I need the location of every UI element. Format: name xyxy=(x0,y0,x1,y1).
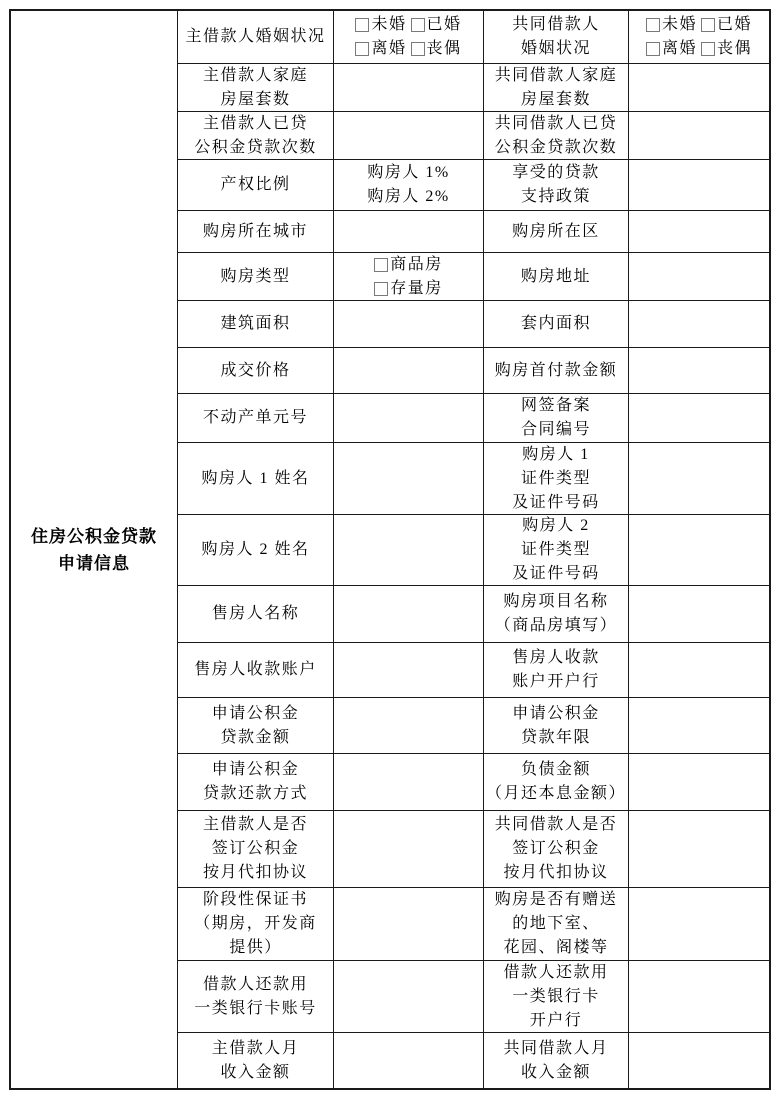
field-label: 不动产单元号 xyxy=(178,394,334,443)
label-line: 证件类型 xyxy=(521,538,591,562)
checkbox-option[interactable]: 离婚 xyxy=(355,37,406,61)
label-line: 购房项目名称 xyxy=(503,590,608,614)
label-line: 提供） xyxy=(229,936,282,960)
input-cell[interactable] xyxy=(629,586,769,643)
checkbox-label: 已婚 xyxy=(717,13,752,37)
field-label: 购房是否有赠送的地下室、花园、阁楼等 xyxy=(484,888,629,961)
input-cell[interactable] xyxy=(629,754,769,811)
document-page: 住房公积金贷款 申请信息 主借款人婚姻状况未婚已婚离婚丧偶共同借款人婚姻状况未婚… xyxy=(0,0,777,1097)
label-line: 售房人收款账户 xyxy=(194,658,317,682)
field-label: 共同借款人已贷公积金贷款次数 xyxy=(484,112,629,160)
input-cell[interactable] xyxy=(629,253,769,301)
input-cell[interactable] xyxy=(334,64,484,112)
checkbox-group: 未婚已婚离婚丧偶 xyxy=(629,11,769,64)
field-label: 借款人还款用一类银行卡账号 xyxy=(178,961,334,1033)
label-line: 成交价格 xyxy=(220,359,290,383)
checkbox-row: 未婚已婚 xyxy=(353,13,463,37)
label-line: 购房人 2 姓名 xyxy=(201,538,309,562)
field-label: 售房人收款账户开户行 xyxy=(484,643,629,698)
label-line: 共同借款人月 xyxy=(503,1037,608,1061)
label-line: 购房人 2 xyxy=(522,515,590,538)
checkbox-row: 商品房 xyxy=(372,253,445,277)
label-line: 不动产单元号 xyxy=(203,406,308,430)
input-cell[interactable] xyxy=(334,586,484,643)
checkbox-icon[interactable] xyxy=(411,18,425,32)
label-line: 开户行 xyxy=(530,1009,583,1033)
checkbox-row: 未婚已婚 xyxy=(644,13,754,37)
label-line: 购房人 1 姓名 xyxy=(201,467,309,491)
label-line: 购房首付款金额 xyxy=(495,359,618,383)
input-cell[interactable] xyxy=(334,301,484,348)
label-line: 申请公积金 xyxy=(512,702,600,726)
checkbox-icon[interactable] xyxy=(374,258,388,272)
input-cell[interactable] xyxy=(334,348,484,394)
input-cell[interactable] xyxy=(334,643,484,698)
label-line: 公积金贷款次数 xyxy=(495,136,618,160)
checkbox-label: 已婚 xyxy=(427,13,462,37)
field-label: 借款人还款用一类银行卡开户行 xyxy=(484,961,629,1033)
label-line: 收入金额 xyxy=(521,1061,591,1085)
checkbox-icon[interactable] xyxy=(355,42,369,56)
label-line: 主借款人月 xyxy=(212,1037,300,1061)
input-cell[interactable] xyxy=(629,112,769,160)
label-line: 房屋套数 xyxy=(521,88,591,112)
field-label: 购房项目名称（商品房填写） xyxy=(484,586,629,643)
field-label: 申请公积金贷款还款方式 xyxy=(178,754,334,811)
input-cell[interactable] xyxy=(629,1033,769,1088)
checkbox-option[interactable]: 丧偶 xyxy=(411,37,462,61)
checkbox-option[interactable]: 存量房 xyxy=(374,277,443,301)
field-label: 购房人 2 姓名 xyxy=(178,515,334,586)
label-line: 负债金额 xyxy=(521,758,591,782)
input-cell[interactable] xyxy=(629,160,769,211)
input-cell[interactable] xyxy=(629,443,769,515)
checkbox-label: 丧偶 xyxy=(427,37,462,61)
preset-text-line: 购房人 2% xyxy=(367,185,449,209)
field-label: 建筑面积 xyxy=(178,301,334,348)
label-line: 及证件号码 xyxy=(512,562,600,586)
field-label: 共同借款人是否签订公积金按月代扣协议 xyxy=(484,811,629,888)
field-label: 成交价格 xyxy=(178,348,334,394)
field-label: 购房类型 xyxy=(178,253,334,301)
field-label: 套内面积 xyxy=(484,301,629,348)
input-cell[interactable] xyxy=(334,443,484,515)
input-cell[interactable] xyxy=(334,211,484,253)
label-line: 主借款人婚姻状况 xyxy=(185,25,325,49)
label-line: 借款人还款用 xyxy=(203,973,308,997)
field-label: 申请公积金贷款金额 xyxy=(178,698,334,754)
input-cell[interactable] xyxy=(334,698,484,754)
label-line: 证件类型 xyxy=(521,467,591,491)
checkbox-option[interactable]: 商品房 xyxy=(374,253,443,277)
checkbox-option[interactable]: 已婚 xyxy=(701,13,752,37)
field-label: 共同借款人家庭房屋套数 xyxy=(484,64,629,112)
label-line: 阶段性保证书 xyxy=(203,888,308,912)
checkbox-option[interactable]: 未婚 xyxy=(646,13,697,37)
label-line: 主借款人已贷 xyxy=(203,112,308,136)
label-line: 按月代扣协议 xyxy=(503,861,608,885)
label-line: 购房地址 xyxy=(521,265,591,289)
label-line: 合同编号 xyxy=(521,418,591,442)
label-line: 共同借款人已贷 xyxy=(495,112,618,136)
field-label: 主借款人月收入金额 xyxy=(178,1033,334,1088)
checkbox-label: 丧偶 xyxy=(717,37,752,61)
input-cell[interactable] xyxy=(629,348,769,394)
input-cell[interactable] xyxy=(334,888,484,961)
checkbox-group: 未婚已婚离婚丧偶 xyxy=(334,11,484,64)
checkbox-option[interactable]: 离婚 xyxy=(646,37,697,61)
label-line: 购房人 1 xyxy=(522,443,590,467)
input-cell[interactable] xyxy=(629,643,769,698)
field-label: 主借款人已贷公积金贷款次数 xyxy=(178,112,334,160)
field-label: 共同借款人月收入金额 xyxy=(484,1033,629,1088)
checkbox-icon[interactable] xyxy=(374,282,388,296)
input-cell[interactable] xyxy=(334,1033,484,1088)
input-cell[interactable] xyxy=(334,515,484,586)
input-cell[interactable] xyxy=(334,961,484,1033)
field-label: 售房人收款账户 xyxy=(178,643,334,698)
label-line: 婚姻状况 xyxy=(521,37,591,61)
checkbox-group: 商品房存量房 xyxy=(334,253,484,301)
input-cell[interactable] xyxy=(629,64,769,112)
field-label: 购房所在区 xyxy=(484,211,629,253)
label-line: 享受的贷款 xyxy=(512,161,600,185)
checkbox-icon[interactable] xyxy=(355,18,369,32)
label-line: 购房是否有赠送 xyxy=(495,888,618,912)
checkbox-row: 存量房 xyxy=(372,277,445,301)
input-cell[interactable] xyxy=(334,754,484,811)
checkbox-icon[interactable] xyxy=(646,42,660,56)
label-line: 一类银行卡 xyxy=(512,985,600,1009)
label-line: 产权比例 xyxy=(220,173,290,197)
field-label: 产权比例 xyxy=(178,160,334,211)
preset-text-line: 购房人 1% xyxy=(367,161,449,185)
label-line: 购房类型 xyxy=(220,265,290,289)
label-line: 建筑面积 xyxy=(220,312,290,336)
input-cell[interactable] xyxy=(629,888,769,961)
label-line: 售房人名称 xyxy=(212,602,300,626)
label-line: 按月代扣协议 xyxy=(203,861,308,885)
checkbox-row: 离婚丧偶 xyxy=(644,37,754,61)
field-label: 购房地址 xyxy=(484,253,629,301)
label-line: 花园、阁楼等 xyxy=(503,936,608,960)
label-line: （商品房填写） xyxy=(495,614,618,638)
label-line: 贷款金额 xyxy=(220,726,290,750)
field-label: 享受的贷款支持政策 xyxy=(484,160,629,211)
input-cell[interactable] xyxy=(334,394,484,443)
label-line: 售房人收款 xyxy=(512,646,600,670)
label-line: （月还本息金额） xyxy=(486,782,626,806)
label-line: 共同借款人 xyxy=(512,13,600,37)
category-line: 申请信息 xyxy=(58,550,130,577)
checkbox-icon[interactable] xyxy=(646,18,660,32)
label-line: 申请公积金 xyxy=(212,758,300,782)
input-cell[interactable] xyxy=(334,811,484,888)
field-label: 网签备案合同编号 xyxy=(484,394,629,443)
checkbox-label: 商品房 xyxy=(390,253,443,277)
field-label: 主借款人婚姻状况 xyxy=(178,11,334,64)
input-cell[interactable] xyxy=(629,301,769,348)
checkbox-label: 存量房 xyxy=(390,277,443,301)
label-line: 贷款还款方式 xyxy=(203,782,308,806)
label-line: 主借款人是否 xyxy=(203,813,308,837)
label-line: 及证件号码 xyxy=(512,491,600,515)
input-cell[interactable] xyxy=(334,112,484,160)
category-line: 住房公积金贷款 xyxy=(31,523,157,550)
checkbox-row: 离婚丧偶 xyxy=(353,37,463,61)
checkbox-option[interactable]: 丧偶 xyxy=(701,37,752,61)
label-line: 主借款人家庭 xyxy=(203,64,308,88)
label-line: 共同借款人是否 xyxy=(495,813,618,837)
label-line: 一类银行卡账号 xyxy=(194,997,317,1021)
label-line: 账户开户行 xyxy=(512,670,600,694)
field-label: 售房人名称 xyxy=(178,586,334,643)
label-line: 公积金贷款次数 xyxy=(194,136,317,160)
checkbox-label: 离婚 xyxy=(371,37,406,61)
checkbox-icon[interactable] xyxy=(701,42,715,56)
checkbox-label: 离婚 xyxy=(662,37,697,61)
input-cell[interactable] xyxy=(629,515,769,586)
checkbox-label: 未婚 xyxy=(371,13,406,37)
label-line: 借款人还款用 xyxy=(503,961,608,985)
label-line: （期房，开发商 xyxy=(194,912,317,936)
loan-application-table: 住房公积金贷款 申请信息 主借款人婚姻状况未婚已婚离婚丧偶共同借款人婚姻状况未婚… xyxy=(9,9,771,1090)
field-label: 阶段性保证书（期房，开发商提供） xyxy=(178,888,334,961)
label-line: 申请公积金 xyxy=(212,702,300,726)
checkbox-option[interactable]: 未婚 xyxy=(355,13,406,37)
input-cell[interactable] xyxy=(629,961,769,1033)
input-cell[interactable] xyxy=(629,811,769,888)
field-label: 共同借款人婚姻状况 xyxy=(484,11,629,64)
label-line: 共同借款人家庭 xyxy=(495,64,618,88)
table-category-header: 住房公积金贷款 申请信息 xyxy=(11,11,178,1088)
field-label: 购房所在城市 xyxy=(178,211,334,253)
field-label: 申请公积金贷款年限 xyxy=(484,698,629,754)
label-line: 购房所在城市 xyxy=(203,220,308,244)
label-line: 签订公积金 xyxy=(212,837,300,861)
input-cell[interactable] xyxy=(629,698,769,754)
label-line: 房屋套数 xyxy=(220,88,290,112)
field-label: 购房人 1 姓名 xyxy=(178,443,334,515)
input-cell[interactable] xyxy=(629,394,769,443)
checkbox-icon[interactable] xyxy=(701,18,715,32)
field-label: 主借款人是否签订公积金按月代扣协议 xyxy=(178,811,334,888)
checkbox-option[interactable]: 已婚 xyxy=(411,13,462,37)
field-label: 购房人 1证件类型及证件号码 xyxy=(484,443,629,515)
label-line: 签订公积金 xyxy=(512,837,600,861)
field-label: 购房首付款金额 xyxy=(484,348,629,394)
field-label: 主借款人家庭房屋套数 xyxy=(178,64,334,112)
label-line: 收入金额 xyxy=(220,1061,290,1085)
label-line: 套内面积 xyxy=(521,312,591,336)
field-label: 负债金额（月还本息金额） xyxy=(484,754,629,811)
label-line: 购房所在区 xyxy=(512,220,600,244)
preset-text: 购房人 1%购房人 2% xyxy=(334,160,484,211)
label-line: 网签备案 xyxy=(521,394,591,418)
label-line: 支持政策 xyxy=(521,185,591,209)
checkbox-label: 未婚 xyxy=(662,13,697,37)
input-cell[interactable] xyxy=(629,211,769,253)
field-label: 购房人 2证件类型及证件号码 xyxy=(484,515,629,586)
label-line: 的地下室、 xyxy=(512,912,600,936)
checkbox-icon[interactable] xyxy=(411,42,425,56)
label-line: 贷款年限 xyxy=(521,726,591,750)
